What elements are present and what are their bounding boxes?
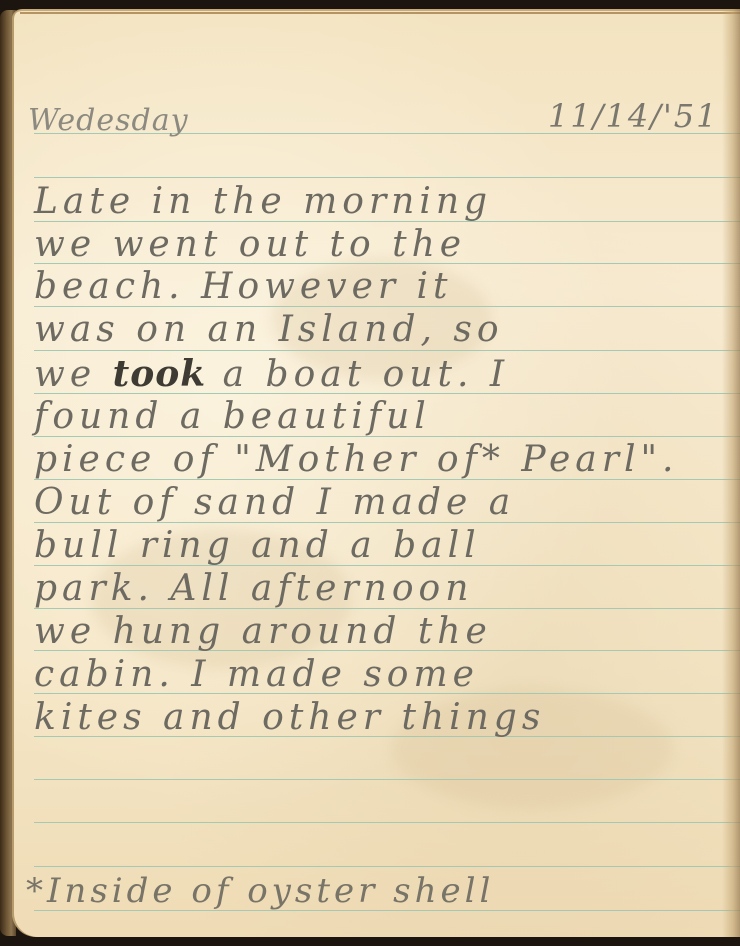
diary-line: Out of sand I made a [34,482,515,523]
diary-line: we hung around the [34,611,492,652]
ruled-line [34,779,740,780]
notebook: Wedesday 11/14/'51 Late in the morning w… [0,0,740,946]
diary-line: beach. However it [34,266,453,307]
diary-word: a boat out. I [223,354,509,395]
diary-line: Late in the morning [34,181,492,222]
page-right-edge [722,9,740,937]
diary-line: cabin. I made some [34,654,479,695]
diary-word-emphasized: took [113,353,207,395]
ruled-line [34,822,740,823]
diary-line: we took a boat out. I [34,353,509,395]
entry-date: 11/14/'51 [548,97,719,135]
diary-line: we went out to the [34,224,466,265]
ruled-line [34,177,740,178]
diary-line: was on an Island, so [34,309,504,350]
diary-line: park. All afternoon [34,568,473,609]
entry-day: Wedesday [28,103,189,138]
diary-word: we [34,354,96,395]
page-top-edge [20,12,740,14]
diary-line: piece of "Mother of* Pearl". [34,439,678,480]
diary-line: found a beautiful [34,396,431,437]
footnote: *Inside of oyster shell [26,871,494,911]
diary-page: Wedesday 11/14/'51 Late in the morning w… [12,9,740,937]
ruled-line [34,866,740,867]
diary-line: kites and other things [34,697,545,738]
diary-line: bull ring and a ball [34,525,481,566]
ruled-line [34,350,740,351]
